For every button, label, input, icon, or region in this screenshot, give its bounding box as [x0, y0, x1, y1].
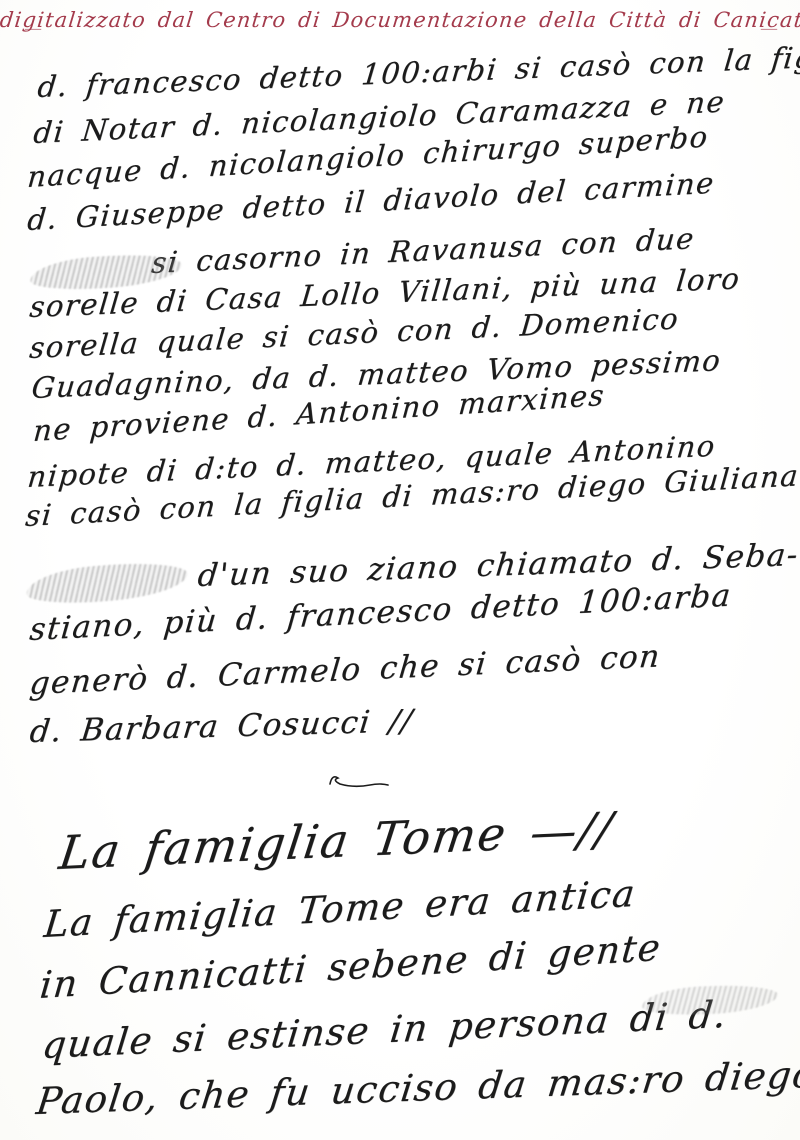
manuscript-line: Paolo, che fu ucciso da mas:ro diego — [34, 1053, 800, 1123]
manuscript-line: d. Barbara Cosucci // — [28, 703, 415, 750]
redaction-smudge — [641, 982, 778, 1017]
header-right-dash: — — [760, 18, 778, 39]
scanned-manuscript-page: — digitalizzato dal Centro di Documentaz… — [0, 0, 800, 1140]
section-heading: La famiglia Tome —// — [56, 801, 617, 880]
redaction-smudge — [25, 558, 190, 608]
manuscript-line: quale si estinse in persona di d. — [40, 993, 730, 1067]
digitization-header: — digitalizzato dal Centro di Documentaz… — [0, 8, 800, 44]
flourish-mark — [326, 770, 392, 792]
digitization-credit-text: digitalizzato dal Centro di Documentazio… — [0, 8, 800, 32]
manuscript-line: generò d. Carmelo che si casò con — [28, 638, 662, 702]
